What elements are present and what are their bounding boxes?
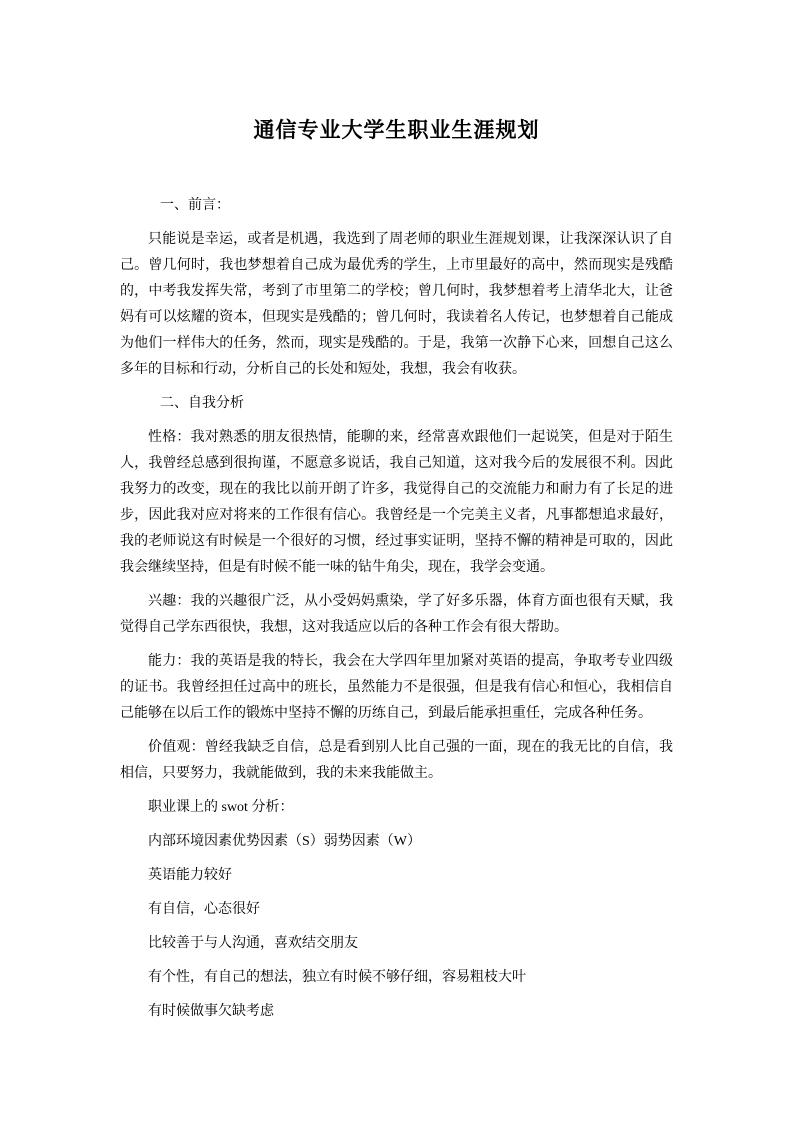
swot-item-consideration: 有时候做事欠缺考虑	[120, 999, 673, 1025]
document-title: 通信专业大学生职业生涯规划	[120, 116, 673, 146]
paragraph-ability: 能力：我的英语是我的特长，我会在大学四年里加紧对英语的提高，争取考专业四级的证书…	[120, 649, 673, 727]
paragraph-preface: 只能说是幸运，或者是机遇，我选到了周老师的职业生涯规划课，让我深深认识了自己。曾…	[120, 227, 673, 383]
swot-item-communication: 比较善于与人沟通，喜欢结交朋友	[120, 931, 673, 957]
paragraph-swot-intro: 职业课上的 swot 分析：	[120, 795, 673, 821]
document-page: 通信专业大学生职业生涯规划 一、前言： 只能说是幸运，或者是机遇，我选到了周老师…	[0, 0, 793, 1122]
swot-item-personality: 有个性，有自己的想法，独立有时候不够仔细，容易粗枝大叶	[120, 965, 673, 991]
paragraph-swot-factor-header: 内部环境因素优势因素（S）弱势因素（W）	[120, 829, 673, 855]
paragraph-interests: 兴趣：我的兴趣很广泛，从小受妈妈熏染，学了好多乐器，体育方面也很有天赋，我觉得自…	[120, 589, 673, 641]
section-heading-self-analysis: 二、自我分析	[120, 391, 673, 417]
paragraph-personality: 性格：我对熟悉的朋友很热情，能聊的来，经常喜欢跟他们一起说笑，但是对于陌生人，我…	[120, 425, 673, 581]
swot-item-english: 英语能力较好	[120, 863, 673, 889]
section-heading-preface: 一、前言：	[120, 193, 673, 219]
swot-item-confidence: 有自信，心态很好	[120, 897, 673, 923]
paragraph-values: 价值观：曾经我缺乏自信，总是看到别人比自己强的一面，现在的我无比的自信，我相信，…	[120, 735, 673, 787]
